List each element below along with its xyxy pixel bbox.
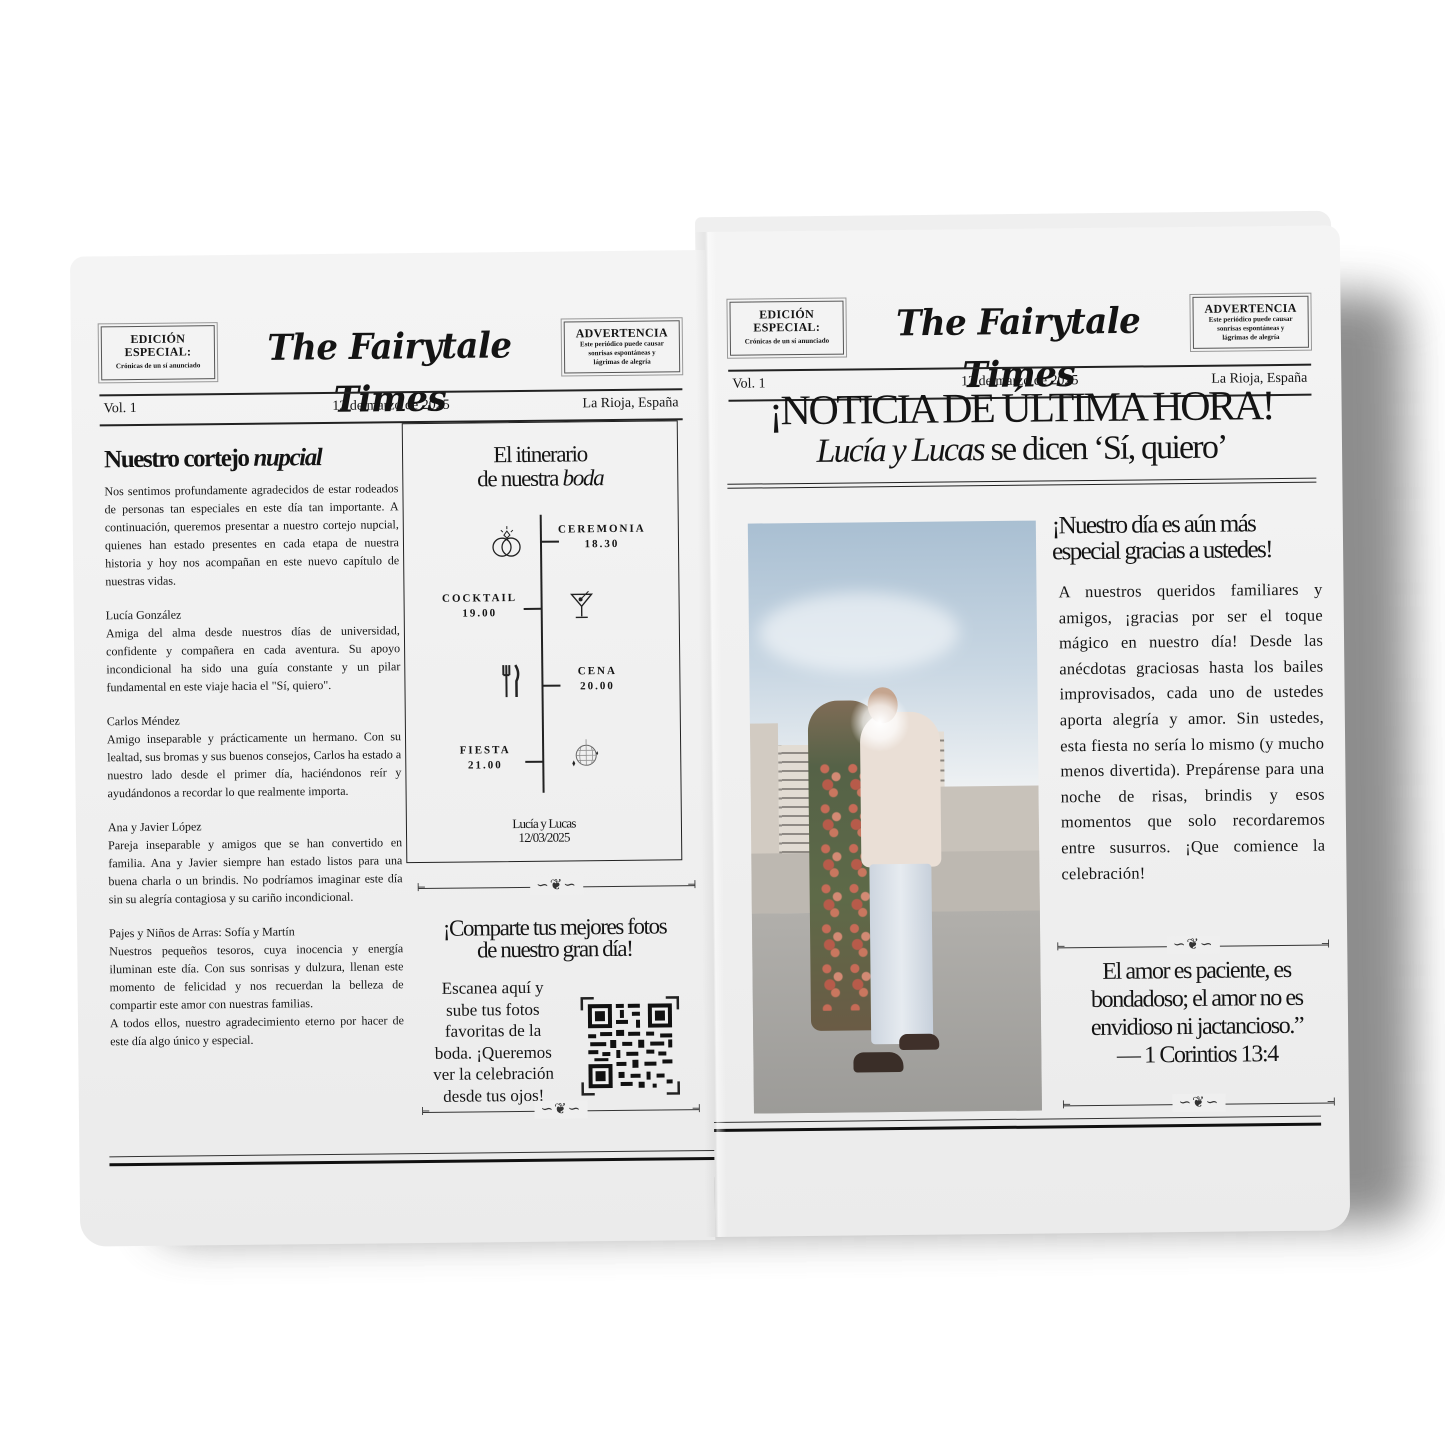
share-text: Escanea aquí y sube tus fotos favoritas … — [418, 977, 569, 1108]
masthead-right: EDICIÓN ESPECIAL: Crónicas de un sí anun… — [727, 284, 1311, 380]
qr-code-icon[interactable] — [580, 995, 681, 1096]
ornament-divider: ⊢ ∽❦∽ ⊣ — [419, 878, 695, 895]
member-text: Amigo inseparable y prácticamente un her… — [107, 727, 402, 802]
breaking-headline: ¡NOTICIA DE ÚLTIMA HORA! — [726, 384, 1315, 434]
event-name: COCKTAIL — [434, 591, 524, 607]
quote-line-1: El amor es paciente, es — [1060, 955, 1332, 986]
headline-double-rule — [727, 478, 1316, 489]
warning-line-3: lágrimas de alegría — [565, 357, 679, 367]
wedding-rings-icon — [488, 523, 526, 567]
cortejo-heading-italic: nupcial — [253, 444, 321, 472]
share-heading-line-2: de nuestro gran día! — [477, 936, 633, 963]
event-name: CEREMONIA — [554, 522, 650, 538]
event-time: 20.00 — [567, 679, 627, 695]
ornament-cap-left: ⊢ — [421, 1105, 431, 1119]
thanks-heading-line-1: ¡Nuestro día es aún más — [1052, 510, 1256, 539]
ornament-divider: ⊢ ∽❦∽ ⊣ — [423, 1102, 699, 1119]
cortejo-intro: Nos sentimos profundamente agradecidos d… — [104, 479, 399, 590]
cortejo-closing: A todos ellos, nuestro agradecimiento et… — [110, 1011, 404, 1050]
ornament-cap-left: ⊢ — [417, 881, 427, 895]
share-text-line: ver la celebración — [418, 1063, 568, 1086]
timeline-tick — [524, 608, 542, 610]
bottom-rule — [714, 1116, 1321, 1132]
subheadline-text: se dicen ‘Sí, quiero’ — [990, 429, 1226, 468]
event-time: 19.00 — [435, 606, 525, 622]
ornament-cap-right: ⊣ — [1326, 1095, 1336, 1109]
edition-box: EDICIÓN ESPECIAL: Crónicas de un sí anun… — [101, 325, 216, 380]
ornament-cap-left: ⊢ — [1056, 940, 1066, 954]
event-fiesta: FIESTA 21.00 — [450, 743, 520, 774]
issue-date: 12 de marzo de 2025 — [332, 393, 450, 420]
newspaper-spread: EDICIÓN ESPECIAL: Crónicas de un sí anun… — [70, 225, 1350, 1243]
itinerary-heading-line-2: de nuestra — [477, 466, 558, 492]
location: La Rioja, España — [582, 390, 678, 417]
edition-box: EDICIÓN ESPECIAL: Crónicas de un sí anun… — [729, 301, 844, 356]
edition-label-2: ESPECIAL: — [731, 321, 843, 335]
itinerary-box: El itinerario de nuestra boda CEREMONIA … — [402, 420, 683, 863]
share-text-line: boda. ¡Queremos — [418, 1041, 568, 1064]
event-cena: CENA 20.00 — [567, 664, 627, 695]
thanks-heading: ¡Nuestro día es aún más especial gracias… — [1052, 511, 1323, 566]
ornament-cap-right: ⊣ — [1321, 938, 1331, 952]
ornament-cap-left: ⊢ — [1062, 1098, 1072, 1112]
ornament-cap-right: ⊣ — [691, 1102, 701, 1116]
edition-subtitle: Crónicas de un sí anunciado — [731, 336, 843, 347]
right-page: EDICIÓN ESPECIAL: Crónicas de un sí anun… — [705, 225, 1350, 1237]
itinerary-signature: Lucía y Lucas 12/03/2025 — [407, 815, 681, 846]
warning-box: ADVERTENCIA Este periódico puede causar … — [1192, 296, 1309, 349]
warning-title: ADVERTENCIA — [565, 325, 679, 340]
event-name: CENA — [567, 664, 627, 680]
fork-knife-icon — [501, 663, 521, 705]
couple-photo — [748, 521, 1042, 1114]
cortejo-article: Nuestro cortejo nupcial Nos sentimos pro… — [104, 443, 404, 1050]
itinerary-heading-line-1: El itinerario — [493, 441, 587, 467]
bible-quote: El amor es paciente, es bondadoso; el am… — [1060, 955, 1333, 1070]
member-text: Nuestros pequeños tesoros, cuya inocenci… — [109, 939, 404, 1014]
share-photos-section: ¡Comparte tus mejores fotos de nuestro g… — [417, 915, 692, 962]
breaking-subheadline: Lucía y Lucas se dicen ‘Sí, quiero’ — [727, 428, 1316, 472]
disco-ball-icon — [568, 737, 602, 777]
flourish-icon: ∽❦∽ — [1172, 1094, 1225, 1113]
edition-subtitle: Crónicas de un sí anunciado — [102, 360, 214, 371]
left-page: EDICIÓN ESPECIAL: Crónicas de un sí anun… — [70, 250, 715, 1247]
quote-line-3: envidioso ni jactancioso.” — [1061, 1011, 1333, 1042]
timeline-tick — [525, 761, 543, 763]
event-name: FIESTA — [450, 743, 520, 759]
thanks-heading-line-2: especial gracias a ustedes! — [1052, 536, 1272, 565]
itinerary-heading: El itinerario de nuestra boda — [403, 441, 677, 492]
signature-date: 12/03/2025 — [407, 829, 681, 846]
ornament-divider: ⊢ ∽❦∽ ⊣ — [1064, 1095, 1334, 1112]
cocktail-glass-icon — [568, 590, 594, 626]
subheadline-names: Lucía y Lucas — [816, 431, 984, 470]
flourish-icon: ∽❦∽ — [530, 876, 583, 895]
event-time: 21.00 — [450, 758, 520, 774]
volume: Vol. 1 — [103, 396, 136, 422]
timeline-line — [540, 515, 544, 793]
flourish-icon: ∽❦∽ — [534, 1100, 587, 1119]
edition-label-2: ESPECIAL: — [102, 345, 214, 359]
share-text-line: favoritas de la — [418, 1020, 568, 1043]
itinerary-heading-italic: boda — [562, 465, 603, 490]
event-ceremonia: CEREMONIA 18.30 — [554, 522, 650, 553]
event-time: 18.30 — [554, 537, 650, 553]
warning-box: ADVERTENCIA Este periódico puede causar … — [564, 320, 681, 373]
ornament-divider: ⊢ ∽❦∽ ⊣ — [1058, 938, 1328, 955]
cortejo-heading: Nuestro cortejo nupcial — [104, 443, 398, 474]
member-text: Pareja inseparable y amigos que se han c… — [108, 833, 403, 908]
warning-line-3: lágrimas de alegría — [1194, 333, 1308, 343]
event-cocktail: COCKTAIL 19.00 — [434, 591, 524, 622]
warning-title: ADVERTENCIA — [1193, 301, 1307, 316]
bottom-rule — [109, 1150, 714, 1166]
share-text-line: Escanea aquí y — [418, 977, 568, 1000]
ornament-cap-right: ⊣ — [687, 878, 697, 892]
thanks-article: ¡Nuestro día es aún más especial gracias… — [1052, 511, 1326, 887]
quote-line-2: bondadoso; el amor no es — [1061, 983, 1333, 1014]
breaking-news-header: ¡NOTICIA DE ÚLTIMA HORA! Lucía y Lucas s… — [726, 378, 1316, 489]
masthead-left: EDICIÓN ESPECIAL: Crónicas de un sí anun… — [99, 308, 683, 404]
share-text-line: sube tus fotos — [418, 998, 568, 1021]
share-heading: ¡Comparte tus mejores fotos de nuestro g… — [417, 915, 692, 962]
member-text: Amiga del alma desde nuestros días de un… — [106, 621, 401, 696]
cortejo-heading-regular: Nuestro cortejo — [104, 445, 249, 474]
flourish-icon: ∽❦∽ — [1167, 936, 1220, 955]
timeline-tick — [542, 685, 560, 687]
thanks-body: A nuestros queridos familiares y amigos,… — [1058, 577, 1325, 887]
quote-reference: — 1 Corintios 13:4 — [1061, 1039, 1333, 1070]
